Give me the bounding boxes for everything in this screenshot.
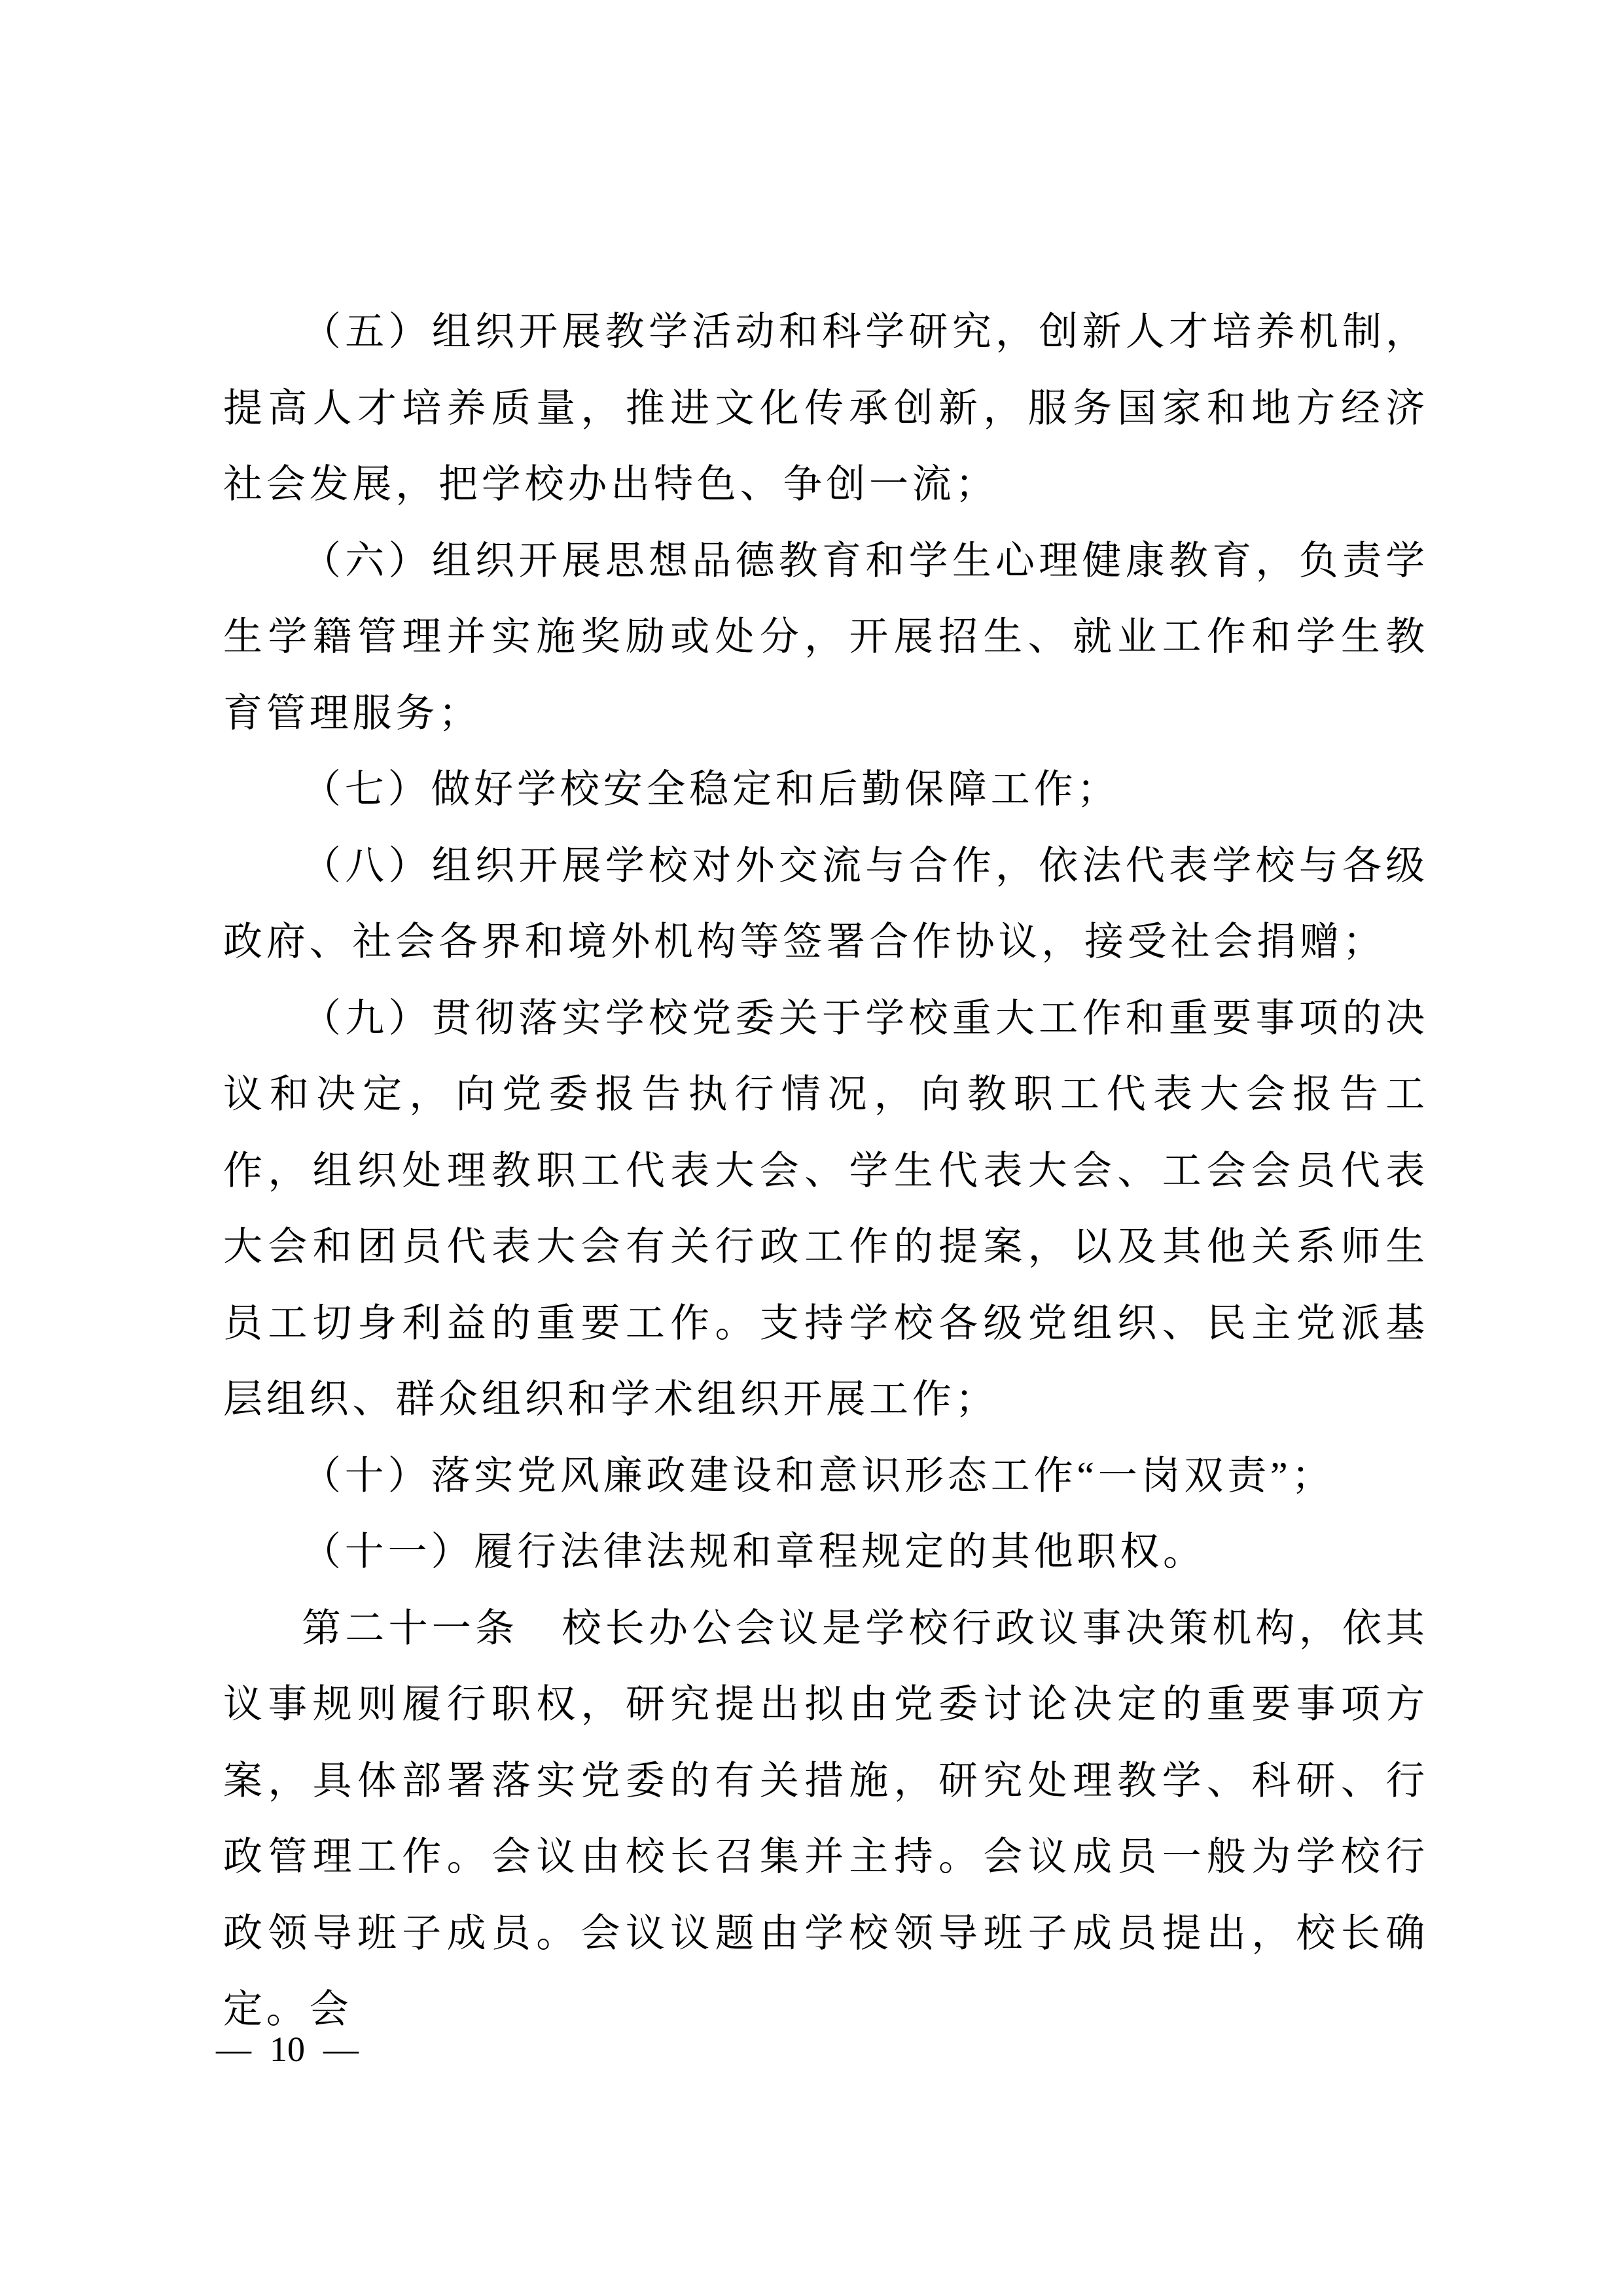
footer-dash-right: — [323,2026,359,2072]
paragraph-article-21: 第二十一条 校长办公会议是学校行政议事决策机构，依其议事规则履行职权，研究提出拟… [223,1590,1429,2048]
paragraph-item-10: （十）落实党风廉政建设和意识形态工作“一岗双责”； [223,1438,1429,1515]
paragraph-item-7: （七）做好学校安全稳定和后勤保障工作； [223,751,1429,828]
paragraph-item-6: （六）组织开展思想品德教育和学生心理健康教育，负责学生学籍管理并实施奖励或处分，… [223,523,1429,752]
paragraph-item-8: （八）组织开展学校对外交流与合作，依法代表学校与各级政府、社会各界和境外机构等签… [223,828,1429,980]
page-number: 10 [270,2026,305,2072]
footer-dash-left: — [216,2026,251,2072]
document-body: （五）组织开展教学活动和科学研究，创新人才培养机制，提高人才培养质量，推进文化传… [223,294,1429,2048]
paragraph-item-9: （九）贯彻落实学校党委关于学校重大工作和重要事项的决议和决定，向党委报告执行情况… [223,980,1429,1438]
document-page: （五）组织开展教学活动和科学研究，创新人才培养机制，提高人才培养质量，推进文化传… [0,0,1623,2296]
page-footer: — 10 — [216,2026,359,2072]
paragraph-item-5: （五）组织开展教学活动和科学研究，创新人才培养机制，提高人才培养质量，推进文化传… [223,294,1429,523]
paragraph-item-11: （十一）履行法律法规和章程规定的其他职权。 [223,1514,1429,1590]
